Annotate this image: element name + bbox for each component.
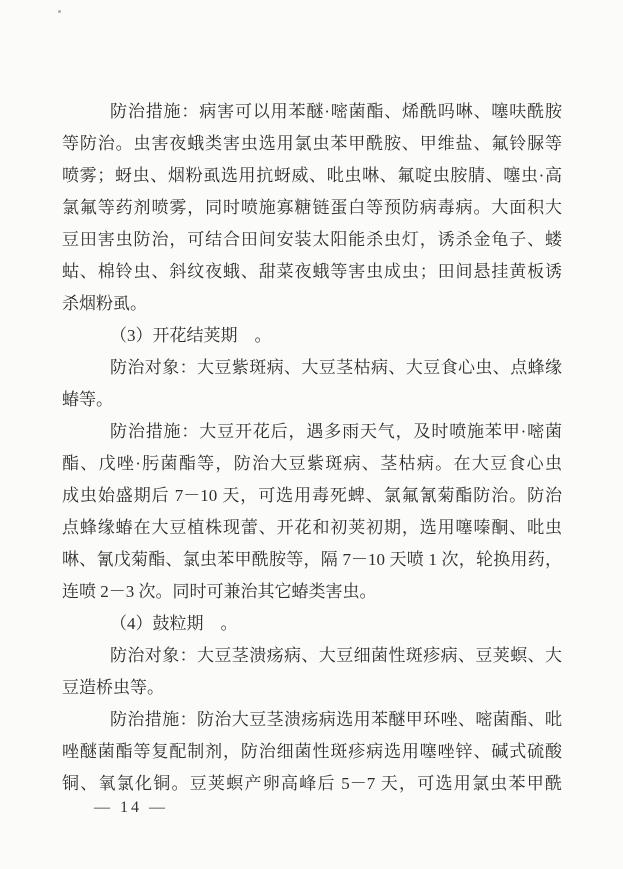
text-line: 等防治。虫害夜蛾类害虫选用氯虫苯甲酰胺、甲维盐、氟铃脲等 — [62, 128, 562, 160]
section-heading: （3）开花结荚期 。 — [62, 320, 562, 352]
text-line: 豆田害虫防治，可结合田间安装太阳能杀虫灯，诱杀金龟子、蝼 — [62, 224, 562, 256]
text-line: 唑醚菌酯等复配制剂，防治细菌性斑疹病选用噻唑锌、碱式硫酸 — [62, 736, 562, 768]
text-line: 蛄、棉铃虫、斜纹夜蛾、甜菜夜蛾等害虫成虫；田间悬挂黄板诱 — [62, 256, 562, 288]
text-line: 杀烟粉虱。 — [62, 288, 562, 320]
text-line: 啉、氰戊菊酯、氯虫苯甲酰胺等，隔 7－10 天喷 1 次，轮换用药， — [62, 544, 562, 576]
text-line: 蝽等。 — [62, 384, 562, 416]
text-line: 成虫始盛期后 7－10 天，可选用毒死蜱、氯氟氰菊酯防治。防治 — [62, 480, 562, 512]
text-line: 防治对象：大豆紫斑病、大豆茎枯病、大豆食心虫、点蜂缘 — [62, 352, 562, 384]
scan-speck — [58, 10, 61, 13]
text-line: 喷雾；蚜虫、烟粉虱选用抗蚜威、吡虫啉、氟啶虫胺腈、噻虫·高 — [62, 160, 562, 192]
text-line: 防治措施：病害可以用苯醚·嘧菌酯、烯酰吗啉、噻呋酰胺 — [62, 96, 562, 128]
document-page: 防治措施：病害可以用苯醚·嘧菌酯、烯酰吗啉、噻呋酰胺 等防治。虫害夜蛾类害虫选用… — [0, 0, 623, 869]
text-line: 点蜂缘蝽在大豆植株现蕾、开花和初荚初期，选用噻嗪酮、吡虫 — [62, 512, 562, 544]
text-line: 氯氟等药剂喷雾，同时喷施寡糖链蛋白等预防病毒病。大面积大 — [62, 192, 562, 224]
text-line: 酯、戊唑·肟菌酯等，防治大豆紫斑病、茎枯病。在大豆食心虫 — [62, 448, 562, 480]
section-heading: （4）鼓粒期 。 — [62, 608, 562, 640]
text-block: 防治措施：病害可以用苯醚·嘧菌酯、烯酰吗啉、噻呋酰胺 等防治。虫害夜蛾类害虫选用… — [62, 96, 562, 800]
text-line: 连喷 2－3 次。同时可兼治其它蝽类害虫。 — [62, 576, 562, 608]
page-number: — 14 — — [94, 796, 168, 820]
text-line: 防治对象：大豆茎溃疡病、大豆细菌性斑疹病、豆荚螟、大 — [62, 640, 562, 672]
text-line: 豆造桥虫等。 — [62, 672, 562, 704]
text-line: 防治措施：防治大豆茎溃疡病选用苯醚甲环唑、嘧菌酯、吡 — [62, 704, 562, 736]
text-line: 防治措施：大豆开花后，遇多雨天气，及时喷施苯甲·嘧菌 — [62, 416, 562, 448]
